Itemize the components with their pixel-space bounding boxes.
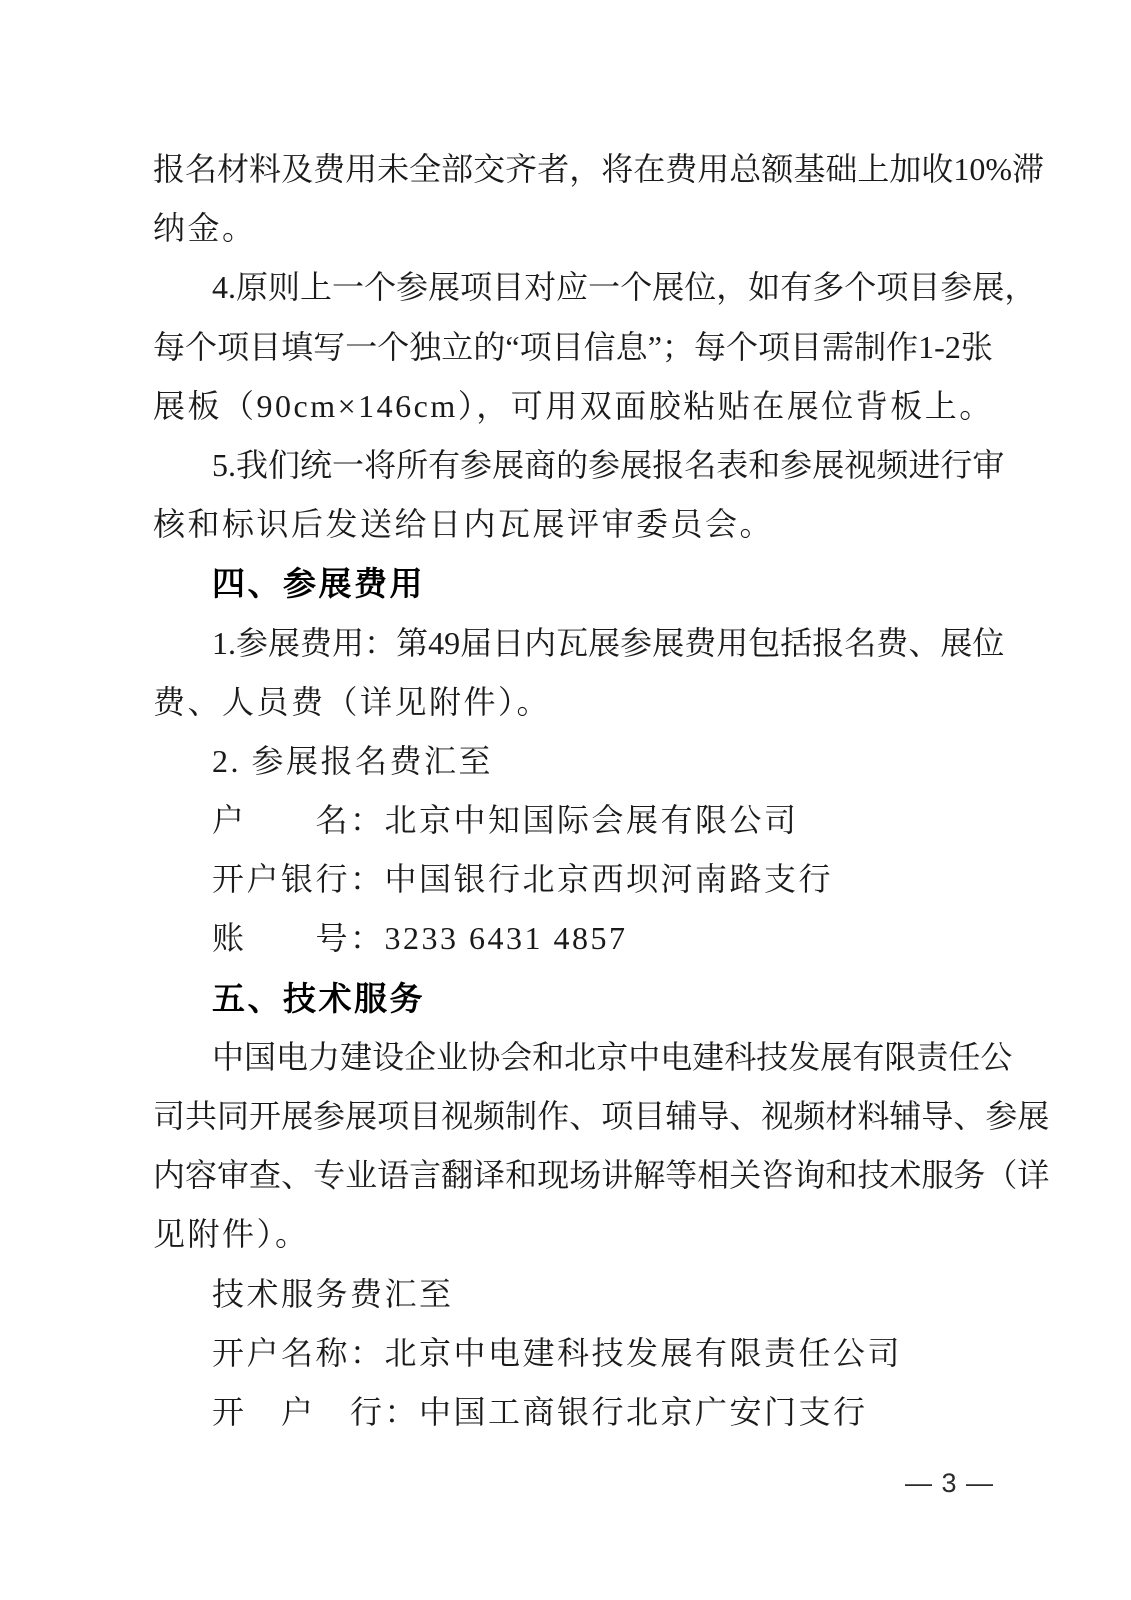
text-line: 纳金。 [153, 199, 993, 258]
text-line: 费、人员费（详见附件）。 [153, 673, 993, 732]
page-number: — 3 — [905, 1466, 994, 1500]
section-heading: 五、技术服务 [153, 969, 993, 1028]
text-line: 报名材料及费用未全部交齐者，将在费用总额基础上加收10%滞 [153, 140, 993, 199]
text-line: 账 号：3233 6431 4857 [153, 909, 993, 968]
text-line: 内容审查、专业语言翻译和现场讲解等相关咨询和技术服务（详 [153, 1146, 993, 1205]
text-line: 开户名称：北京中电建科技发展有限责任公司 [153, 1324, 993, 1383]
text-line: 开 户 行：中国工商银行北京广安门支行 [153, 1383, 993, 1442]
text-line: 司共同开展参展项目视频制作、项目辅导、视频材料辅导、参展 [153, 1087, 993, 1146]
text-line: 5.我们统一将所有参展商的参展报名表和参展视频进行审 [153, 436, 993, 495]
section-heading: 四、参展费用 [153, 554, 993, 613]
document-page: 报名材料及费用未全部交齐者，将在费用总额基础上加收10%滞纳金。4.原则上一个参… [0, 0, 1131, 1600]
text-line: 中国电力建设企业协会和北京中电建科技发展有限责任公 [153, 1028, 993, 1087]
document-body: 报名材料及费用未全部交齐者，将在费用总额基础上加收10%滞纳金。4.原则上一个参… [153, 140, 993, 1442]
text-line: 1.参展费用：第49届日内瓦展参展费用包括报名费、展位 [153, 614, 993, 673]
text-line: 技术服务费汇至 [153, 1265, 993, 1324]
text-line: 开户银行：中国银行北京西坝河南路支行 [153, 850, 993, 909]
text-line: 4.原则上一个参展项目对应一个展位，如有多个项目参展， [153, 258, 993, 317]
text-line: 见附件）。 [153, 1205, 993, 1264]
text-line: 户 名：北京中知国际会展有限公司 [153, 791, 993, 850]
text-line: 2. 参展报名费汇至 [153, 732, 993, 791]
text-line: 核和标识后发送给日内瓦展评审委员会。 [153, 495, 993, 554]
text-line: 展板（90cm×146cm），可用双面胶粘贴在展位背板上。 [153, 377, 993, 436]
text-line: 每个项目填写一个独立的“项目信息”；每个项目需制作1-2张 [153, 318, 993, 377]
